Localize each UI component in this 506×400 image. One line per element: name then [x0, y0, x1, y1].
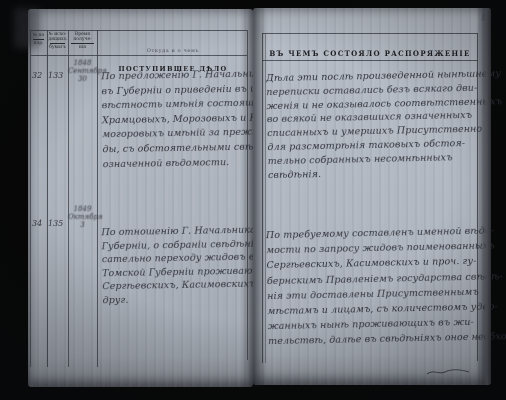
cover-corner-shadow [14, 8, 40, 48]
entry1-text: По предложенію Г. Начальника въ Губерніи… [101, 68, 247, 173]
right-left-border-rule [262, 33, 263, 363]
right-page: 17 ВЪ ЧЕМЪ СОСТОЯЛО РАСПОРЯЖЕНІЕ Дѣла эт… [253, 8, 491, 385]
entry1-date-day: 30 [68, 75, 97, 83]
colhead-line: бумагъ [49, 45, 66, 50]
handwritten-line: друг. [102, 292, 246, 308]
entry2-text: По отношенію Г. Начальника Губерніи, о с… [101, 224, 246, 308]
handwritten-line: Сергѣевскихъ, Касимовскихъ и [102, 278, 246, 294]
handwritten-line: тельствѣ, далѣе въ свѣдѣніяхъ оное необх… [268, 330, 474, 350]
colhead-line: дящихъ [48, 37, 66, 42]
col3-rule [97, 30, 98, 367]
left-table-top-rule [30, 30, 247, 31]
right-block2-text: По требуемому составленъ именной вѣдо- м… [266, 224, 475, 350]
right-table-top-rule [262, 33, 478, 34]
right-header-bottom-rule [262, 60, 478, 61]
colhead-bar [71, 43, 94, 44]
colhead-line: получе- [73, 37, 91, 42]
handwritten-line: означенной вѣдомости. [103, 155, 247, 172]
entry1-doc-number: 133 [48, 71, 63, 80]
left-page: № по пор. № исхо- дящихъ бумагъ Время по… [28, 9, 253, 387]
entry2-date-year: 1849 [68, 205, 97, 213]
signature-flourish-icon [425, 366, 471, 378]
entry1-date: 1848 Сентября 30 [68, 59, 97, 83]
colhead-line: нія [79, 45, 86, 50]
left-table-title-prefix: Откуда и о чемъ [147, 48, 199, 54]
col1-rule [47, 30, 48, 367]
right-table-title: ВЪ ЧЕМЪ СОСТОЯЛО РАСПОРЯЖЕНІЕ [262, 41, 478, 60]
right-table-title-text: ВЪ ЧЕМЪ СОСТОЯЛО РАСПОРЯЖЕНІЕ [269, 49, 470, 58]
column-header-date: Время получе- нія [68, 32, 97, 50]
entry2-date-month: Октября [68, 213, 97, 221]
entry2-date: 1849 Октября 3 [68, 205, 97, 229]
entry2-number: 34 [32, 219, 42, 228]
entry2-date-day: 3 [68, 221, 97, 229]
colhead-bar [50, 43, 65, 44]
entry1-number: 32 [32, 71, 42, 80]
photo-of-register-book: № по пор. № исхо- дящихъ бумагъ Время по… [0, 0, 506, 400]
entry1-date-month: Сентября [68, 67, 97, 75]
right-block1-text: Дѣла эти послѣ произведенной нынѣшнему п… [266, 68, 474, 183]
book-page-edges [476, 8, 491, 385]
column-header-docnumber: № исхо- дящихъ бумагъ [47, 32, 68, 50]
entry1-date-year: 1848 [68, 59, 97, 67]
entry2-doc-number: 135 [48, 219, 63, 228]
left-border-rule [30, 30, 31, 367]
